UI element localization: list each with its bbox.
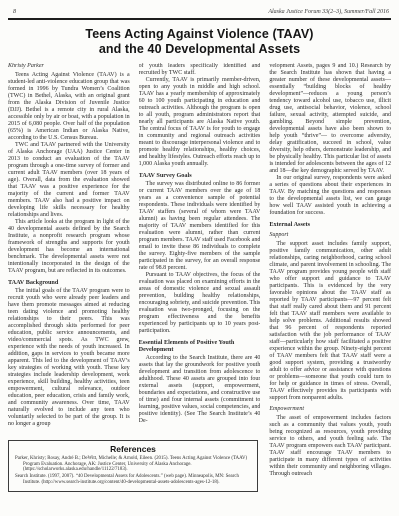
- page-number: 8: [13, 9, 16, 15]
- paragraph: Currently, TAAV is primarily member-driv…: [139, 77, 261, 168]
- paragraph: The support asset includes family suppor…: [269, 241, 391, 402]
- paragraph: The asset of empowerment includes factor…: [269, 415, 391, 478]
- heading: TAAV Survey Goals: [139, 172, 261, 179]
- page-header: 8 Alaska Justice Forum 33(2–3), Summer/F…: [0, 0, 399, 17]
- reference: Parker, Khristy; Rosay, André B.; DeWitt…: [15, 456, 251, 473]
- paragraph: The initial goals of the TAAV program we…: [8, 288, 130, 428]
- header-rule: [8, 18, 391, 20]
- paragraph: Pursuant to TAAV objectives, the focus o…: [139, 272, 261, 335]
- article-title: Teens Acting Against Violence (TAAV) and…: [0, 27, 399, 56]
- references-box: References Parker, Khristy; Rosay, André…: [8, 440, 258, 492]
- subheading: Empowerment: [269, 406, 391, 413]
- paragraph: Teens Acting Against Violence (TAAV) is …: [8, 72, 130, 142]
- author: Khristy Parker: [8, 63, 130, 70]
- paragraph: TWC and TAAV partnered with the Universi…: [8, 142, 130, 219]
- subheading: Support: [269, 232, 391, 239]
- heading: TAAV Background: [8, 279, 130, 286]
- column-3: velopment Assets, pages 9 and 10.) Resea…: [269, 63, 391, 509]
- journal-issue-line: Alaska Justice Forum 33(2–3), Summer/Fal…: [268, 9, 389, 15]
- paragraph: This article looks at the program in lig…: [8, 219, 130, 275]
- paragraph: According to the Search Institute, there…: [139, 355, 261, 425]
- article-title-line2: and the 40 Developmental Assets: [99, 42, 300, 56]
- paragraph: The survey was distributed online to 86 …: [139, 181, 261, 272]
- article-title-line1: Teens Acting Against Violence (TAAV): [85, 27, 313, 41]
- references-list: Parker, Khristy; Rosay, André B.; DeWitt…: [15, 456, 251, 486]
- reference: Search Institute. (1997, 2007). “40 Deve…: [15, 474, 251, 485]
- document-page: 8 Alaska Justice Forum 33(2–3), Summer/F…: [0, 0, 399, 516]
- paragraph: of youth leaders specifically identified…: [139, 63, 261, 77]
- heading: External Assets: [269, 221, 391, 228]
- references-title: References: [15, 444, 251, 454]
- paragraph: velopment Assets, pages 9 and 10.) Resea…: [269, 63, 391, 175]
- paragraph: In our original survey, respondents were…: [269, 175, 391, 217]
- heading: Essential Elements of Positive Youth Dev…: [139, 339, 261, 353]
